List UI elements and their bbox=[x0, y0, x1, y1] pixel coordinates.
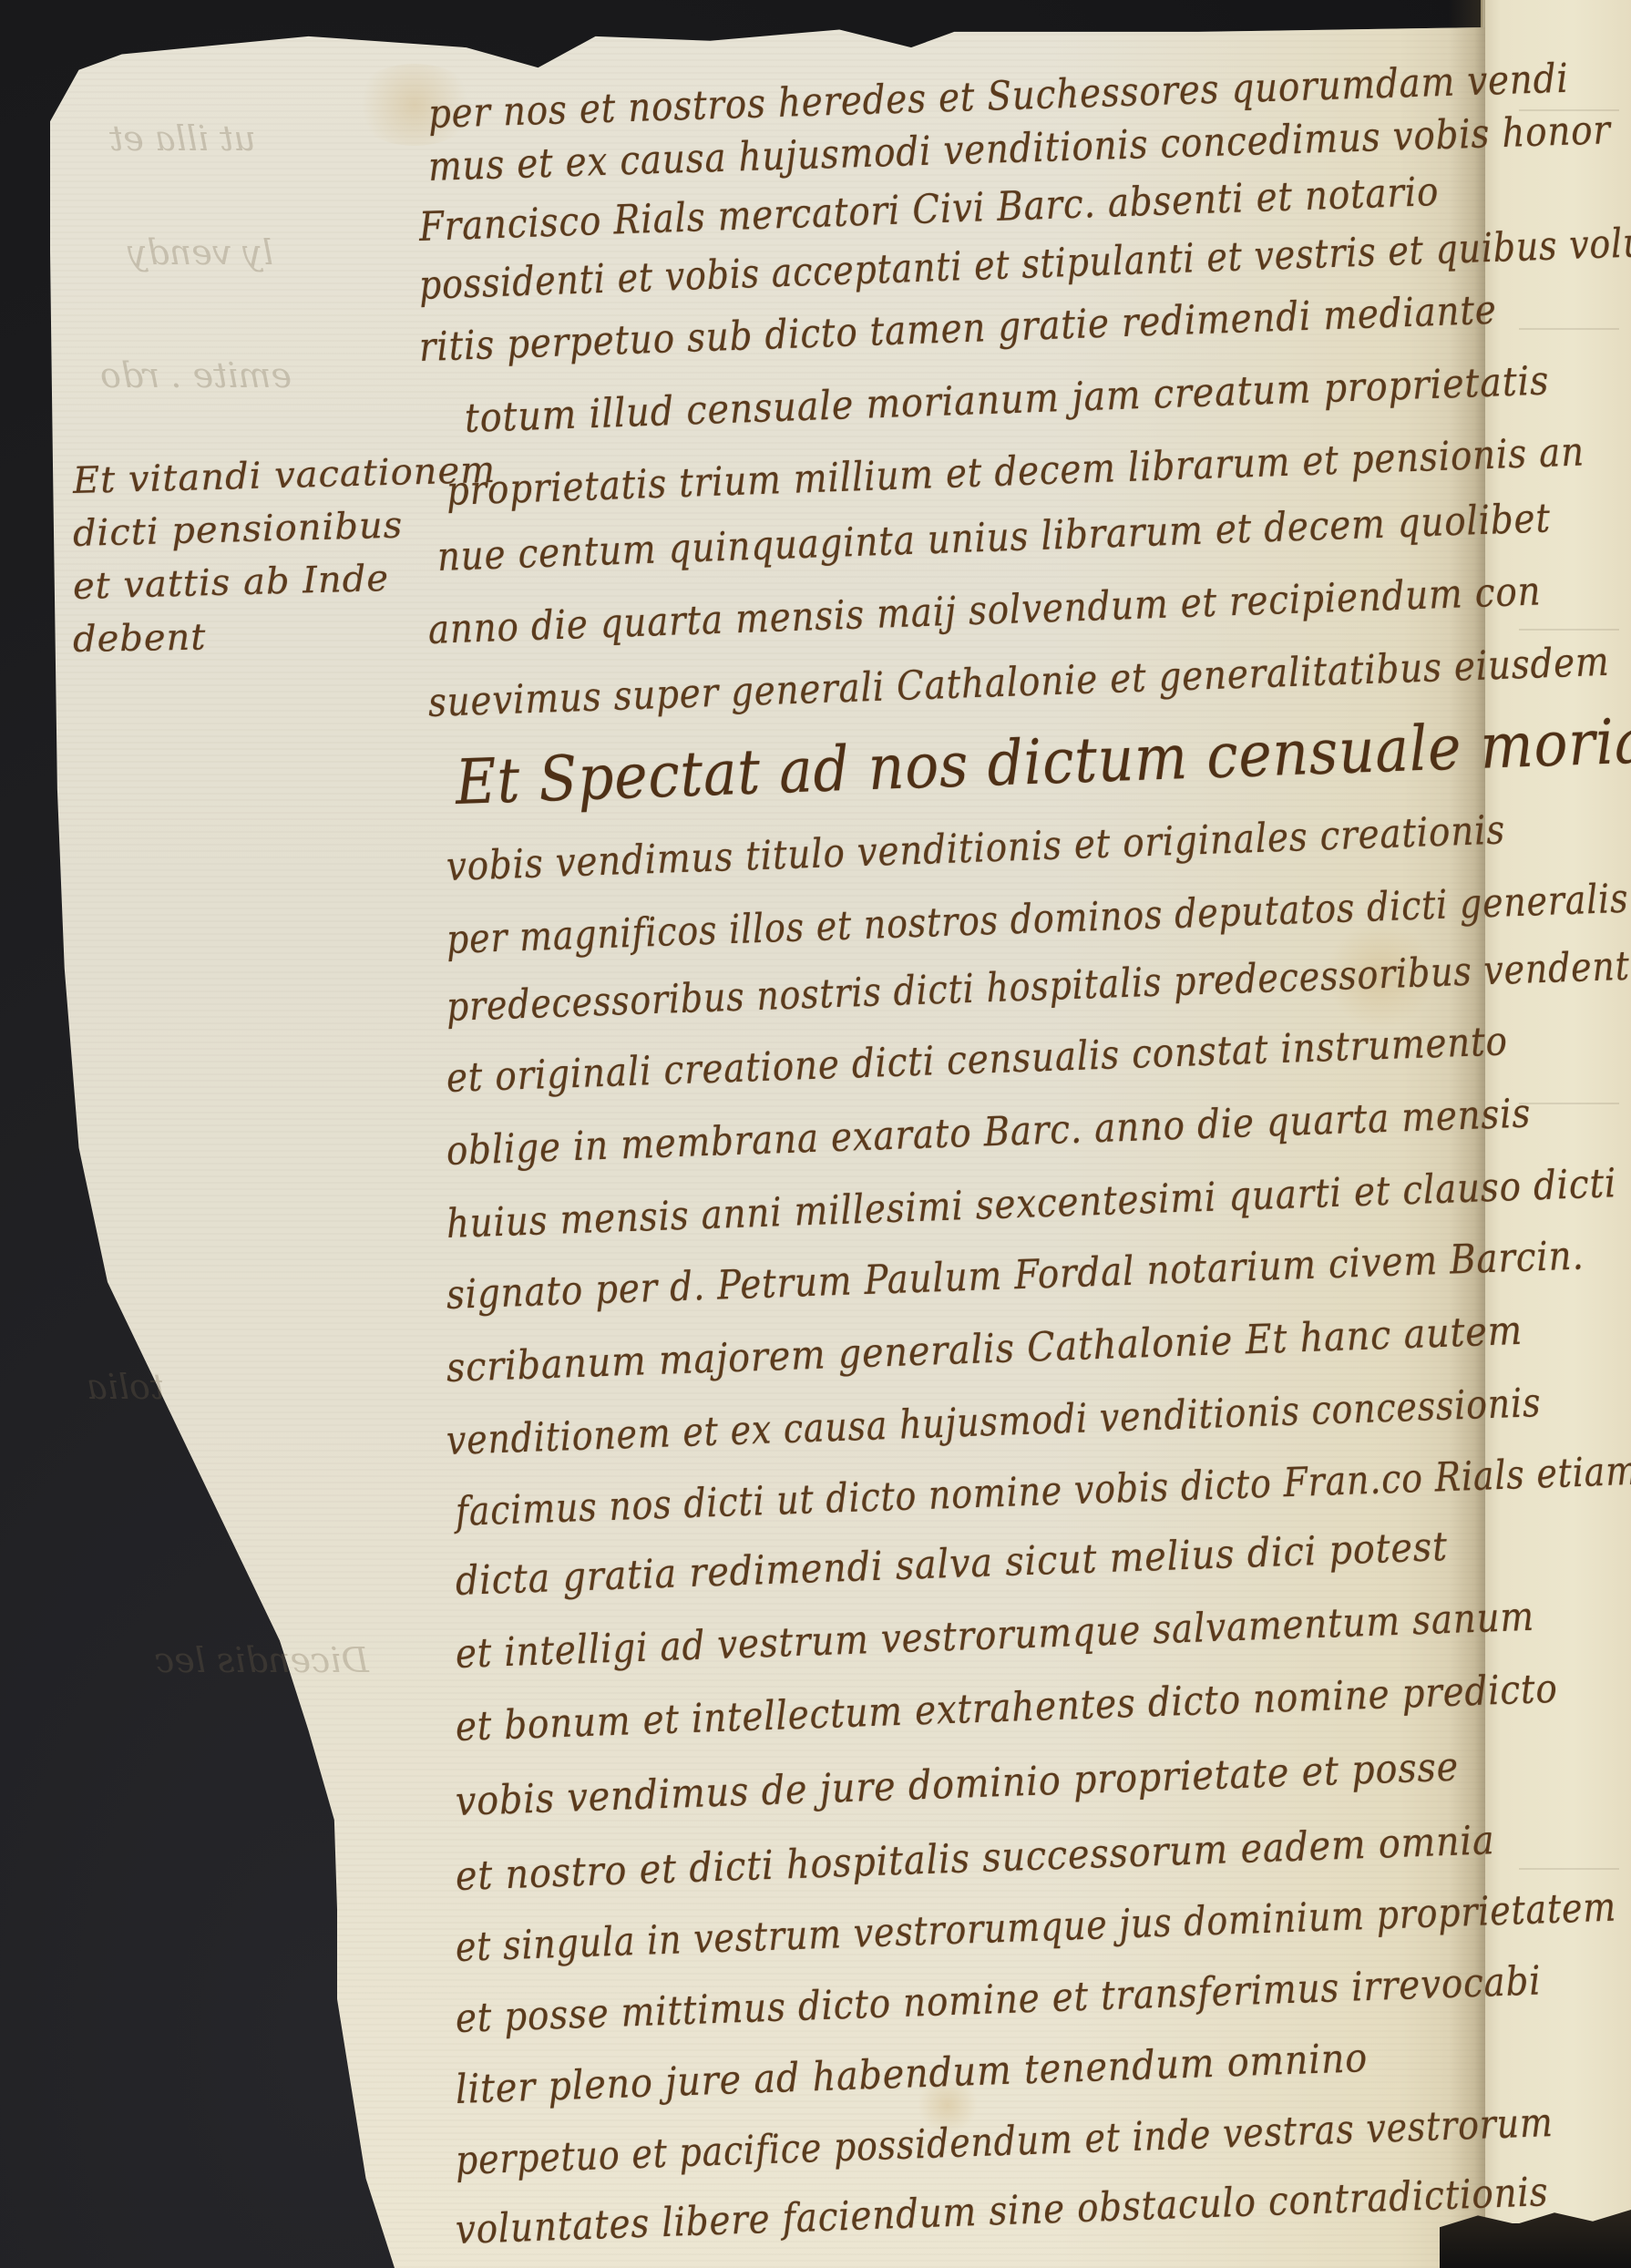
margin-note-line: dicti pensionibus bbox=[72, 505, 403, 555]
bleed-line bbox=[1519, 1103, 1619, 1104]
bleed-through-text: Dicendis lec bbox=[155, 1640, 369, 1680]
margin-note-line: debent bbox=[73, 616, 207, 661]
bleed-through-text: emite . rdo bbox=[100, 355, 292, 395]
bleed-through-text: ut illa et bbox=[109, 118, 256, 159]
bleed-line bbox=[1519, 1868, 1619, 1870]
torn-corner-shadow bbox=[1440, 2210, 1631, 2268]
bleed-line bbox=[1519, 629, 1619, 631]
margin-note-line: et vattis ab Inde bbox=[72, 558, 389, 608]
bleed-through-text: ly vendy bbox=[128, 232, 273, 272]
bleed-through-text: tolia bbox=[87, 1367, 164, 1407]
bleed-line bbox=[1519, 328, 1619, 330]
